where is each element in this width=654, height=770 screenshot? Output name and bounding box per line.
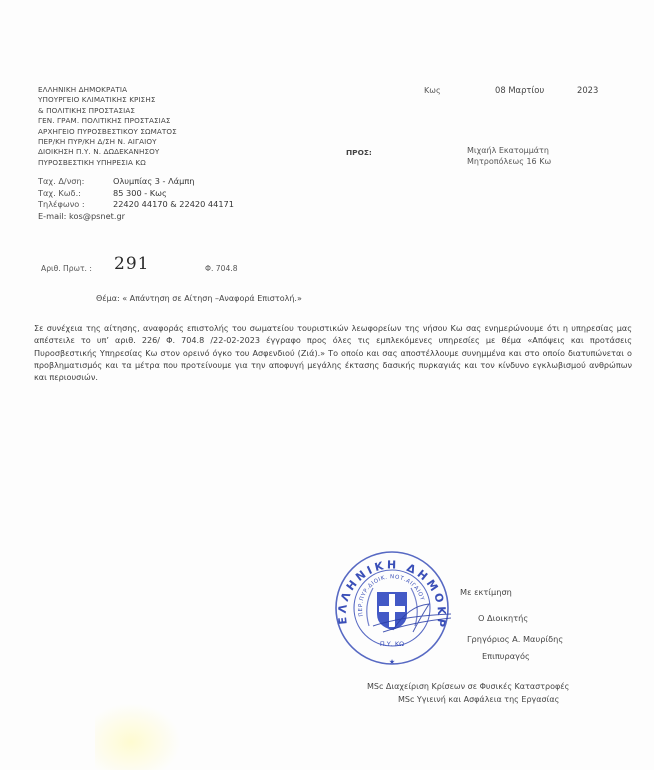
signature-credential: MSc Διαχείριση Κρίσεων σε Φυσικές Καταστ… — [367, 682, 569, 691]
sender-line: ΑΡΧΗΓΕΙΟ ΠΥΡΟΣΒΕΣΤΙΚΟΥ ΣΩΜΑΤΟΣ — [38, 127, 177, 137]
letter-page: ΕΛΛΗΝΙΚΗ ΔΗΜΟΚΡΑΤΙΑ ΥΠΟΥΡΓΕΙΟ ΚΛΙΜΑΤΙΚΗΣ… — [0, 0, 654, 770]
contact-phone: Τηλέφωνο : 22420 44170 & 22420 44171 — [38, 199, 234, 211]
signature-title: Ο Διοικητής — [478, 613, 528, 623]
stamp-bottom-text: Π.Υ. ΚΩ — [380, 640, 404, 648]
recipient-label: ΠΡΟΣ: — [346, 148, 372, 157]
recipient-address: Μητροπόλεως 16 Κω — [467, 156, 551, 167]
email-text: E-mail: kos@psnet.gr — [38, 211, 125, 223]
sender-line: & ΠΟΛΙΤΙΚΗΣ ΠΡΟΣΤΑΣΙΑΣ — [38, 106, 177, 116]
contact-value: 22420 44170 & 22420 44171 — [113, 199, 234, 211]
dateline-place: Κως — [424, 86, 441, 95]
dateline-year: 2023 — [577, 85, 598, 95]
sender-contacts: Ταχ. Δ/νση: Ολυμπίας 3 - Λάμπη Ταχ. Κωδ.… — [38, 176, 234, 222]
contact-value: 85 300 - Κως — [113, 188, 167, 200]
dateline-date: 08 Μαρτίου — [495, 85, 544, 95]
protocol-file: Φ. 704.8 — [205, 264, 238, 273]
signature-closing: Με εκτίμηση — [460, 587, 512, 597]
subject-line: Θέμα: « Απάντηση σε Αίτηση –Αναφορά Επισ… — [96, 294, 302, 303]
greek-coat-of-arms-stamp-icon: ΕΛΛΗΝΙΚΗ ΔΗΜΟΚΡΑΤΙΑ ΠΕΡ.ΠΥΡ.ΔΙΟΙΚ. ΝΟΤ.Α… — [333, 546, 451, 670]
recipient-name: Μιχαήλ Εκατομμάτη — [467, 145, 551, 156]
contact-value: Ολυμπίας 3 - Λάμπη — [113, 176, 194, 188]
official-stamp: ΕΛΛΗΝΙΚΗ ΔΗΜΟΚΡΑΤΙΑ ΠΕΡ.ΠΥΡ.ΔΙΟΙΚ. ΝΟΤ.Α… — [333, 546, 451, 670]
sender-line: ΠΥΡΟΣΒΕΣΤΙΚΗ ΥΠΗΡΕΣΙΑ ΚΩ — [38, 158, 177, 168]
recipient-block: Μιχαήλ Εκατομμάτη Μητροπόλεως 16 Κω — [467, 145, 551, 167]
contact-address: Ταχ. Δ/νση: Ολυμπίας 3 - Λάμπη — [38, 176, 234, 188]
protocol-label: Αριθ. Πρωτ. : — [41, 264, 92, 273]
contact-postcode: Ταχ. Κωδ.: 85 300 - Κως — [38, 188, 234, 200]
sender-line: ΓΕΝ. ΓΡΑΜ. ΠΟΛΙΤΙΚΗΣ ΠΡΟΣΤΑΣΙΑΣ — [38, 116, 177, 126]
contact-email: E-mail: kos@psnet.gr — [38, 211, 234, 223]
sender-line: ΠΕΡ/ΚΗ ΠΥΡ/ΚΗ Δ/ΣΗ Ν. ΑΙΓΑΙΟΥ — [38, 137, 177, 147]
signature-credential: MSc Υγιεινή και Ασφάλεια της Εργασίας — [398, 695, 559, 704]
signature-rank: Επιπυραγός — [482, 651, 530, 661]
contact-label: Ταχ. Κωδ.: — [38, 188, 113, 200]
sender-line: ΥΠΟΥΡΓΕΙΟ ΚΛΙΜΑΤΙΚΗΣ ΚΡΙΣΗΣ — [38, 95, 177, 105]
contact-label: Ταχ. Δ/νση: — [38, 176, 113, 188]
sender-header: ΕΛΛΗΝΙΚΗ ΔΗΜΟΚΡΑΤΙΑ ΥΠΟΥΡΓΕΙΟ ΚΛΙΜΑΤΙΚΗΣ… — [38, 85, 177, 168]
sender-line: ΔΙΟΙΚΗΣΗ Π.Υ. Ν. ΔΩΔΕΚΑΝΗΣΟΥ — [38, 147, 177, 157]
svg-text:★: ★ — [389, 658, 395, 666]
sender-line: ΕΛΛΗΝΙΚΗ ΔΗΜΟΚΡΑΤΙΑ — [38, 85, 177, 95]
letter-body: Σε συνέχεια της αίτησης, αναφοράς επιστο… — [34, 322, 632, 383]
contact-label: Τηλέφωνο : — [38, 199, 113, 211]
signature-name: Γρηγόριος Α. Μαυρίδης — [467, 634, 563, 644]
protocol-number-handwritten: 291 — [114, 254, 149, 274]
highlighter-stain — [95, 700, 185, 770]
